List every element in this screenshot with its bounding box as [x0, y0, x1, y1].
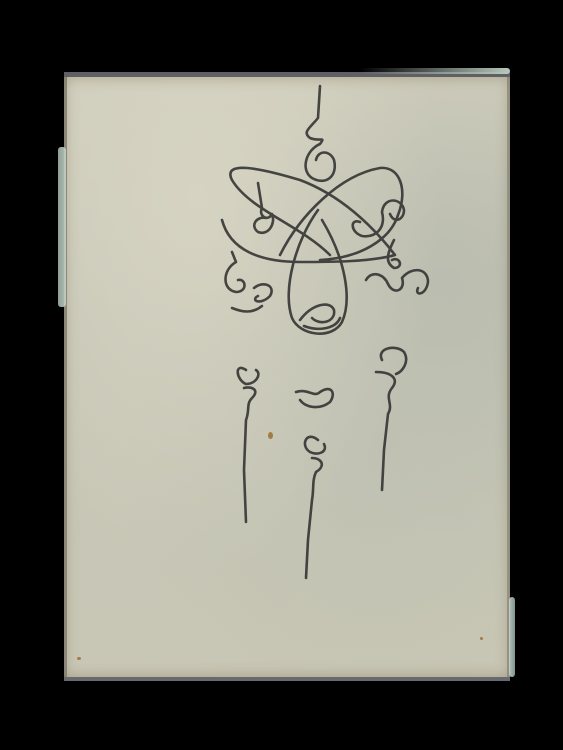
middle-descender — [305, 437, 325, 578]
yantra-drawing — [0, 0, 563, 750]
right-descender — [376, 348, 406, 490]
middle-glyph — [296, 389, 333, 407]
bottom-loop-glyph — [300, 305, 340, 329]
left-descender — [238, 368, 259, 522]
stain-spot — [480, 637, 483, 640]
stain-spot — [77, 657, 81, 660]
photo-background: Pencil-like drawing of interlocking loop… — [0, 0, 563, 750]
stain-spot — [268, 432, 273, 439]
bottom-right-glyph — [366, 240, 428, 293]
bottom-left-glyph — [226, 252, 272, 312]
top-glyph — [306, 86, 335, 181]
